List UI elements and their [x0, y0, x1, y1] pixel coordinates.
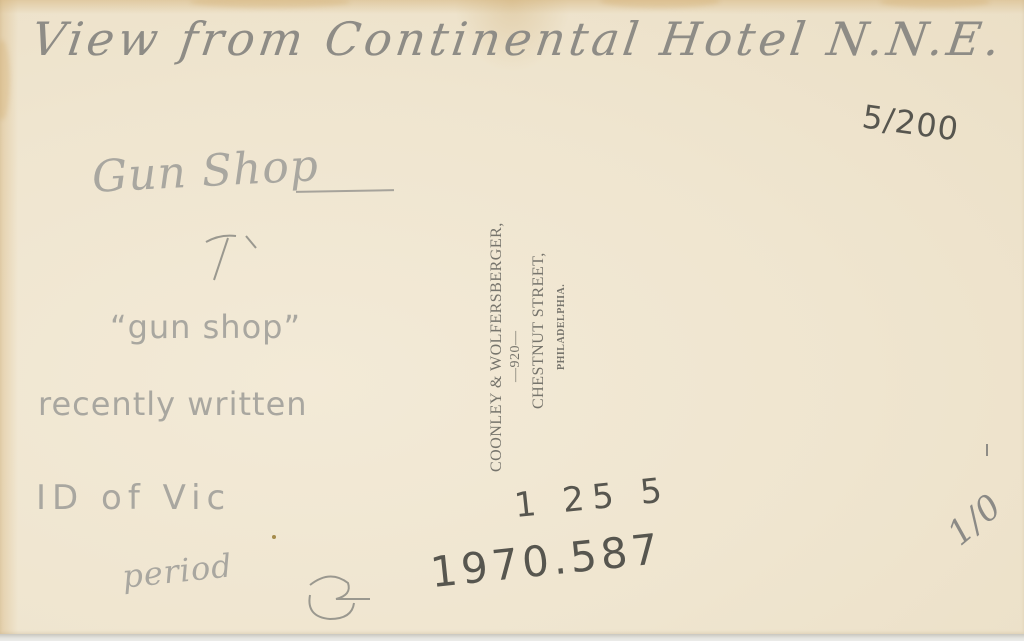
imprint-line: COONLEY & WOLFERSBERGER,	[488, 222, 506, 472]
note-line: “gun shop”	[110, 308, 301, 346]
handwritten-title: View from Continental Hotel N.N.E.	[28, 12, 1007, 66]
arrow-up-icon	[198, 228, 268, 288]
accession-top: 1 25 5	[512, 470, 671, 526]
imprint-line: —920—	[508, 331, 524, 383]
handwritten-code: 5/200	[860, 97, 962, 148]
note-line: period	[120, 546, 234, 595]
imprint-line: CHESTNUT STREET,	[530, 252, 548, 409]
gun-shop-heading: Gun Shop	[91, 140, 320, 203]
card-edge	[0, 634, 1024, 641]
stain	[0, 40, 10, 120]
note-line: recently written	[38, 385, 308, 423]
stain	[190, 0, 350, 8]
stain	[880, 0, 990, 8]
underline	[296, 189, 394, 193]
card-verso: View from Continental Hotel N.N.E. 5/200…	[0, 0, 1024, 636]
imprint-line: PHILADELPHIA.	[556, 284, 567, 370]
tick-mark	[986, 444, 988, 456]
stain	[600, 0, 720, 8]
initials-icon	[300, 565, 375, 625]
speck	[272, 535, 276, 539]
note-line: ID of Vic	[36, 478, 231, 518]
accession-number: 1970.587	[428, 524, 664, 597]
corner-mark: 1/0	[940, 486, 1010, 554]
photographer-imprint: COONLEY & WOLFERSBERGER, —920— CHESTNUT …	[488, 132, 598, 472]
